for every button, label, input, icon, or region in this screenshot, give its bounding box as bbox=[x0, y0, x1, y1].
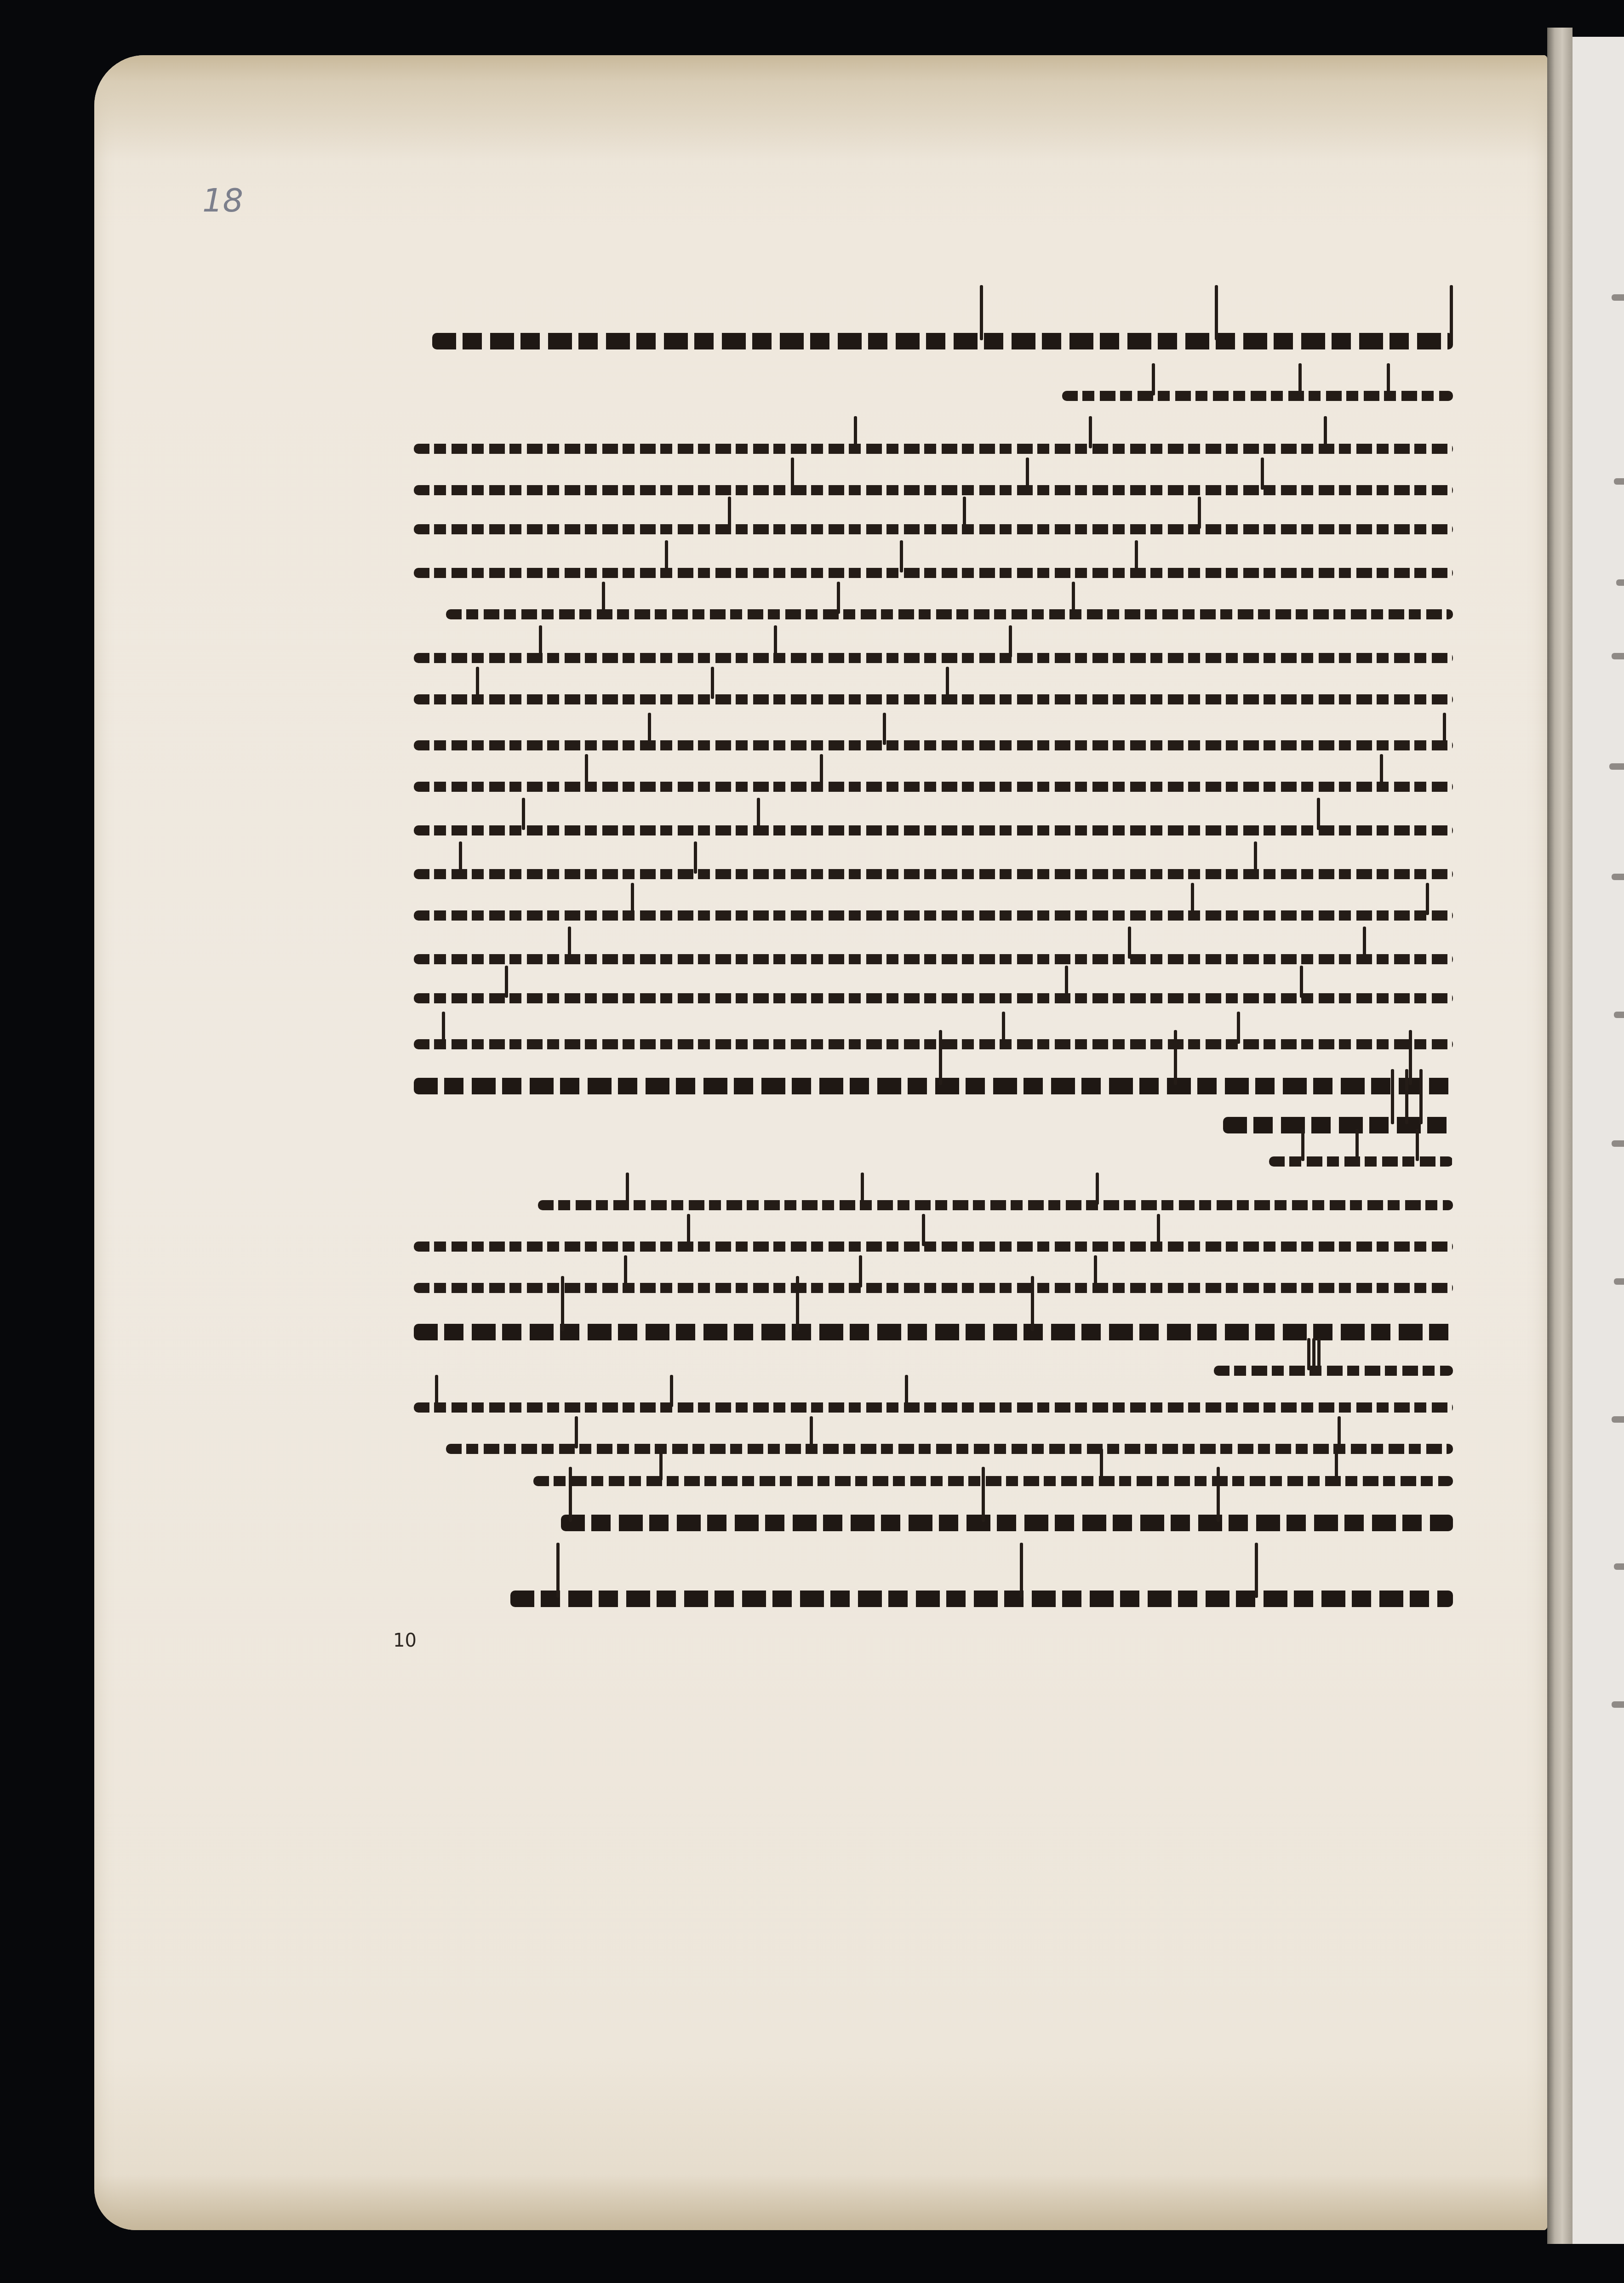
letter-ascender bbox=[1335, 1448, 1338, 1481]
letter-ascender bbox=[1416, 1129, 1419, 1161]
letter-ascender bbox=[757, 798, 760, 830]
letter-ascender bbox=[1026, 458, 1029, 490]
manuscript-line bbox=[1062, 386, 1453, 405]
letter-ascender bbox=[442, 1012, 445, 1044]
manuscript-line bbox=[414, 821, 1453, 839]
letter-ascender bbox=[435, 1375, 438, 1407]
letter-ascender bbox=[631, 883, 634, 915]
letter-ascender bbox=[1300, 966, 1303, 998]
ink-stroke bbox=[414, 993, 1453, 1003]
letter-ascender bbox=[505, 966, 508, 998]
adjacent-text-fragment bbox=[1612, 1140, 1624, 1147]
letter-ascender bbox=[728, 497, 731, 529]
binding-gutter bbox=[1547, 28, 1573, 2244]
ink-stroke bbox=[414, 1242, 1453, 1252]
letter-ascender bbox=[1009, 625, 1012, 658]
ink-stroke bbox=[414, 1324, 1453, 1340]
ink-stroke bbox=[414, 740, 1453, 750]
letter-ascender bbox=[602, 582, 605, 614]
manuscript-line bbox=[414, 439, 1453, 458]
letter-ascender bbox=[1089, 416, 1092, 448]
letter-ascender bbox=[1355, 1129, 1359, 1161]
manuscript-line bbox=[414, 1278, 1453, 1297]
letter-ascender bbox=[796, 1276, 799, 1331]
adjacent-text-fragment bbox=[1612, 874, 1624, 880]
letter-ascender bbox=[1317, 798, 1320, 830]
letter-ascender bbox=[1363, 927, 1366, 959]
letter-ascender bbox=[1020, 1543, 1023, 1598]
manuscript-line bbox=[414, 777, 1453, 795]
letter-ascender bbox=[963, 497, 966, 529]
letter-ascender bbox=[1419, 1069, 1423, 1124]
letter-ascender bbox=[980, 285, 983, 340]
letter-ascender bbox=[939, 1030, 942, 1085]
ink-stroke bbox=[1269, 1156, 1453, 1167]
letter-ascender bbox=[946, 667, 949, 699]
manuscript-line bbox=[446, 1439, 1453, 1458]
water-stain-bottom bbox=[94, 2175, 1547, 2230]
manuscript-line bbox=[414, 481, 1453, 499]
ink-stroke bbox=[414, 1402, 1453, 1413]
manuscript-line bbox=[414, 520, 1453, 538]
ink-stroke bbox=[414, 1283, 1453, 1293]
letter-ascender bbox=[1426, 883, 1429, 915]
letter-ascender bbox=[1391, 1069, 1394, 1124]
letter-ascender bbox=[1215, 285, 1218, 340]
letter-ascender bbox=[1072, 582, 1075, 614]
manuscript-line bbox=[1269, 1152, 1453, 1170]
manuscript-line bbox=[414, 1398, 1453, 1416]
manuscript-line bbox=[414, 563, 1453, 582]
letter-ascender bbox=[854, 416, 857, 448]
adjacent-text-fragment bbox=[1616, 579, 1624, 586]
letter-ascender bbox=[585, 754, 588, 786]
letter-ascender bbox=[774, 625, 777, 658]
letter-ascender bbox=[1096, 1173, 1099, 1205]
ink-stroke bbox=[414, 869, 1453, 879]
manuscript-line bbox=[533, 1471, 1453, 1490]
letter-ascender bbox=[1174, 1030, 1177, 1085]
letter-ascender bbox=[791, 458, 794, 490]
manuscript-line bbox=[414, 690, 1453, 708]
ink-stroke bbox=[446, 1444, 1453, 1454]
letter-ascender bbox=[900, 540, 903, 572]
letter-ascender bbox=[687, 1214, 690, 1246]
ink-stroke bbox=[1214, 1366, 1453, 1376]
ink-stroke bbox=[414, 694, 1453, 704]
ink-stroke bbox=[432, 333, 1453, 349]
letter-ascender bbox=[1405, 1069, 1408, 1124]
letter-ascender bbox=[1255, 1543, 1258, 1598]
ink-stroke bbox=[414, 444, 1453, 454]
adjacent-text-fragment bbox=[1609, 763, 1624, 770]
ink-stroke bbox=[510, 1591, 1453, 1607]
letter-ascender bbox=[1100, 1448, 1103, 1481]
adjacent-text-fragment bbox=[1614, 1278, 1624, 1285]
manuscript-line bbox=[414, 864, 1453, 883]
ink-stroke bbox=[446, 609, 1453, 619]
letter-ascender bbox=[539, 625, 542, 658]
letter-ascender bbox=[522, 798, 525, 830]
adjacent-text-fragment bbox=[1614, 478, 1624, 485]
letter-ascender bbox=[694, 841, 697, 874]
manuscript-line bbox=[1214, 1361, 1453, 1379]
letter-ascender bbox=[837, 582, 840, 614]
ink-stroke bbox=[561, 1515, 1453, 1531]
letter-ascender bbox=[1031, 1276, 1034, 1331]
letter-ascender bbox=[1443, 713, 1446, 745]
adjacent-text-fragment bbox=[1612, 1416, 1624, 1423]
letter-ascender bbox=[1002, 1012, 1005, 1044]
letter-ascender bbox=[1191, 883, 1194, 915]
manuscript-line bbox=[414, 648, 1453, 667]
ink-stroke bbox=[414, 568, 1453, 578]
letter-ascender bbox=[1298, 363, 1302, 395]
letter-ascender bbox=[659, 1448, 663, 1481]
letter-ascender bbox=[1152, 363, 1155, 395]
letter-ascender bbox=[1324, 416, 1327, 448]
letter-ascender bbox=[820, 754, 823, 786]
ink-stroke bbox=[414, 524, 1453, 534]
manuscript-line bbox=[538, 1196, 1453, 1214]
ink-stroke bbox=[414, 910, 1453, 921]
letter-ascender bbox=[1128, 927, 1131, 959]
adjacent-text-fragment bbox=[1612, 294, 1624, 301]
letter-ascender bbox=[1198, 497, 1201, 529]
letter-ascender bbox=[665, 540, 668, 572]
margin-line-number: 10 bbox=[393, 1630, 417, 1651]
letter-ascender bbox=[1387, 363, 1390, 395]
letter-ascender bbox=[561, 1276, 564, 1331]
manuscript-line bbox=[510, 1589, 1453, 1607]
letter-ascender bbox=[1312, 1338, 1315, 1370]
adjacent-text-fragment bbox=[1614, 1012, 1624, 1018]
letter-ascender bbox=[1450, 285, 1453, 340]
adjacent-text-fragment bbox=[1614, 1563, 1624, 1570]
ink-stroke bbox=[414, 653, 1453, 663]
ink-stroke bbox=[533, 1476, 1453, 1486]
letter-ascender bbox=[1409, 1030, 1412, 1085]
handwritten-text-block bbox=[414, 299, 1453, 1839]
letter-ascender bbox=[459, 841, 462, 874]
ink-stroke bbox=[538, 1200, 1453, 1210]
ink-stroke bbox=[414, 825, 1453, 835]
manuscript-line bbox=[561, 1513, 1453, 1531]
manuscript-line bbox=[414, 906, 1453, 924]
ink-stroke bbox=[1062, 391, 1453, 401]
letter-ascender bbox=[1217, 1467, 1220, 1522]
letter-ascender bbox=[711, 667, 714, 699]
letter-ascender bbox=[861, 1173, 864, 1205]
letter-ascender bbox=[575, 1416, 578, 1448]
ink-stroke bbox=[414, 485, 1453, 495]
adjacent-text-fragment bbox=[1612, 1701, 1624, 1708]
letter-ascender bbox=[556, 1543, 560, 1598]
letter-ascender bbox=[1065, 966, 1068, 998]
letter-ascender bbox=[626, 1173, 629, 1205]
manuscript-line bbox=[414, 736, 1453, 754]
letter-ascender bbox=[648, 713, 651, 745]
adjacent-page-edge bbox=[1573, 37, 1624, 2244]
ink-stroke bbox=[414, 1078, 1453, 1094]
letter-ascender bbox=[1261, 458, 1264, 490]
ink-stroke bbox=[414, 1039, 1453, 1049]
letter-ascender bbox=[905, 1375, 908, 1407]
letter-ascender bbox=[1157, 1214, 1160, 1246]
manuscript-line bbox=[414, 1035, 1453, 1053]
manuscript-line bbox=[414, 1076, 1453, 1094]
letter-ascender bbox=[569, 1467, 572, 1522]
letter-ascender bbox=[1338, 1416, 1341, 1448]
manuscript-line bbox=[414, 1322, 1453, 1340]
letter-ascender bbox=[476, 667, 479, 699]
letter-ascender bbox=[568, 927, 571, 959]
folio-number: 18 bbox=[202, 182, 243, 219]
letter-ascender bbox=[922, 1214, 925, 1246]
letter-ascender bbox=[883, 713, 886, 745]
letter-ascender bbox=[859, 1255, 862, 1287]
manuscript-line bbox=[414, 1237, 1453, 1255]
manuscript-line bbox=[446, 605, 1453, 623]
letter-ascender bbox=[810, 1416, 813, 1448]
letter-ascender bbox=[1307, 1338, 1310, 1370]
letter-ascender bbox=[1094, 1255, 1097, 1287]
water-stain-top bbox=[94, 55, 1547, 161]
letter-ascender bbox=[1237, 1012, 1240, 1044]
manuscript-line bbox=[414, 950, 1453, 968]
letter-ascender bbox=[1135, 540, 1138, 572]
letter-ascender bbox=[1301, 1129, 1304, 1161]
letter-ascender bbox=[670, 1375, 673, 1407]
manuscript-line bbox=[432, 331, 1453, 349]
ink-stroke bbox=[414, 782, 1453, 792]
letter-ascender bbox=[982, 1467, 985, 1522]
adjacent-text-fragment bbox=[1612, 653, 1624, 659]
letter-ascender bbox=[1317, 1338, 1321, 1370]
letter-ascender bbox=[624, 1255, 627, 1287]
letter-ascender bbox=[1254, 841, 1257, 874]
manuscript-line bbox=[414, 989, 1453, 1007]
letter-ascender bbox=[1380, 754, 1383, 786]
